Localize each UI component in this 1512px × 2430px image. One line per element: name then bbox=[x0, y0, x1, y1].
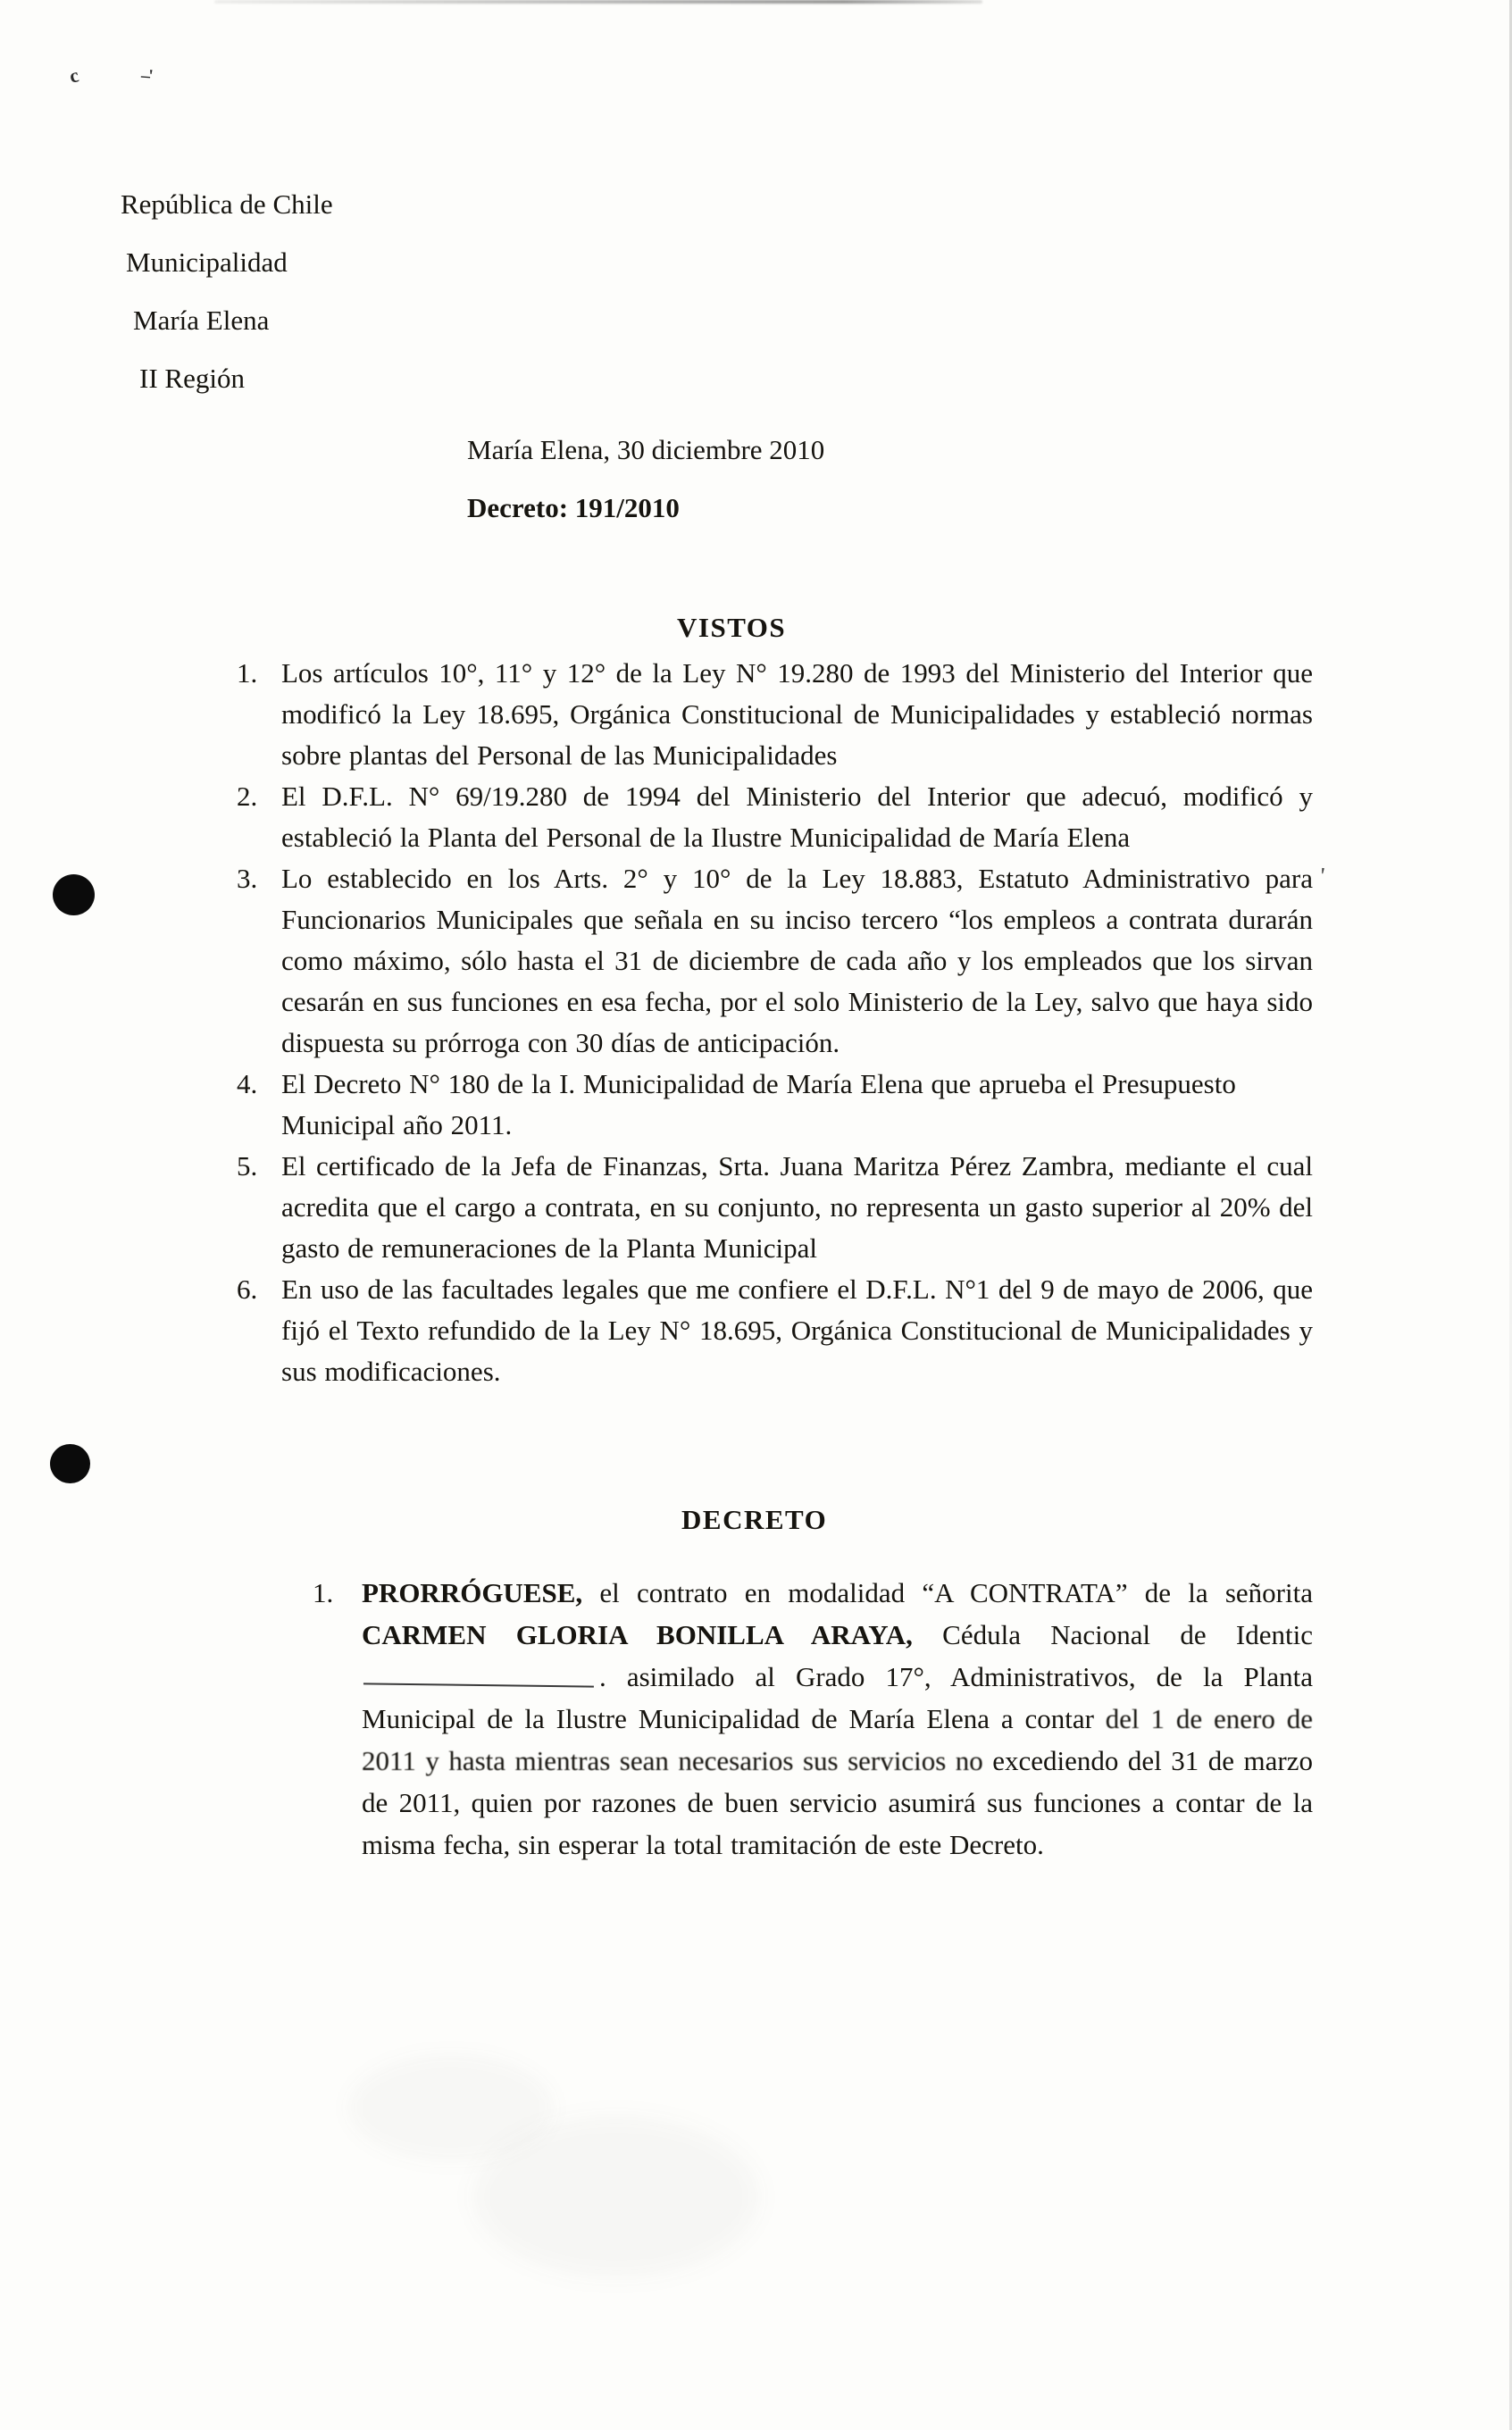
letterhead-entity: Municipalidad bbox=[121, 233, 333, 291]
vistos-item-text: El certificado de la Jefa de Finanzas, S… bbox=[281, 1146, 1313, 1269]
date-line: María Elena, 30 diciembre 2010 bbox=[467, 434, 824, 466]
vistos-item-number: 2. bbox=[237, 776, 281, 817]
scan-smudge bbox=[473, 2117, 759, 2277]
decreto-text-segment: PRORRÓGUESE, bbox=[362, 1577, 582, 1608]
decreto-heading: DECRETO bbox=[681, 1504, 827, 1536]
vistos-item: 6.En uso de las facultades legales que m… bbox=[237, 1269, 1313, 1392]
stray-ink-mark: ' bbox=[1318, 863, 1326, 889]
vistos-item-text: Lo establecido en los Arts. 2° y 10° de … bbox=[281, 858, 1313, 1064]
hole-punch-dot bbox=[50, 1444, 90, 1483]
vistos-item: 5.El certificado de la Jefa de Finanzas,… bbox=[237, 1146, 1313, 1269]
letterhead-region: II Región bbox=[121, 349, 333, 407]
vistos-item-text: En uso de las facultades legales que me … bbox=[281, 1269, 1313, 1392]
vistos-item: 2.El D.F.L. N° 69/19.280 de 1994 del Min… bbox=[237, 776, 1313, 858]
vistos-item-text: El D.F.L. N° 69/19.280 de 1994 del Minis… bbox=[281, 776, 1313, 858]
letterhead: República de Chile Municipalidad María E… bbox=[121, 175, 333, 407]
decreto-text-segment: el contrato en modalidad “A CONTRATA” de… bbox=[582, 1577, 1313, 1608]
ink-mark-icon: c bbox=[67, 63, 81, 88]
document-page: c –' ' República de Chile Municipalidad … bbox=[0, 0, 1512, 2430]
decreto-text-segment: Cédula Nacional de Identic bbox=[913, 1619, 1313, 1650]
hole-punch-dot bbox=[53, 874, 95, 915]
vistos-item: 3.Lo establecido en los Arts. 2° y 10° d… bbox=[237, 858, 1313, 1064]
vistos-item: 4.El Decreto N° 180 de la I. Municipalid… bbox=[237, 1064, 1313, 1146]
vistos-item-number: 4. bbox=[237, 1064, 281, 1105]
vistos-item-number: 3. bbox=[237, 858, 281, 899]
ink-mark-icon: –' bbox=[140, 66, 152, 88]
decreto-item-number: 1. bbox=[313, 1572, 362, 1614]
vistos-item-text: Los artículos 10°, 11° y 12° de la Ley N… bbox=[281, 653, 1313, 776]
decree-number: Decreto: 191/2010 bbox=[467, 492, 680, 524]
vistos-item: 1.Los artículos 10°, 11° y 12° de la Ley… bbox=[237, 653, 1313, 776]
decreto-item: 1.PRORRÓGUESE, el contrato en modalidad … bbox=[313, 1572, 1313, 1866]
scan-streak-artifact bbox=[214, 0, 982, 4]
vistos-list: 1.Los artículos 10°, 11° y 12° de la Ley… bbox=[237, 653, 1313, 1392]
vistos-heading: VISTOS bbox=[677, 612, 786, 644]
redacted-id-line bbox=[363, 1672, 594, 1687]
letterhead-country: República de Chile bbox=[121, 175, 333, 233]
vistos-item-number: 6. bbox=[237, 1269, 281, 1310]
vistos-item-text: El Decreto N° 180 de la I. Municipalidad… bbox=[281, 1064, 1313, 1146]
decreto-item-text: PRORRÓGUESE, el contrato en modalidad “A… bbox=[362, 1572, 1313, 1866]
decreto-list: 1.PRORRÓGUESE, el contrato en modalidad … bbox=[313, 1572, 1313, 1866]
vistos-item-number: 5. bbox=[237, 1146, 281, 1187]
decreto-text-segment: CARMEN GLORIA BONILLA ARAYA, bbox=[362, 1619, 913, 1650]
vistos-item-number: 1. bbox=[237, 653, 281, 694]
letterhead-city: María Elena bbox=[121, 291, 333, 349]
